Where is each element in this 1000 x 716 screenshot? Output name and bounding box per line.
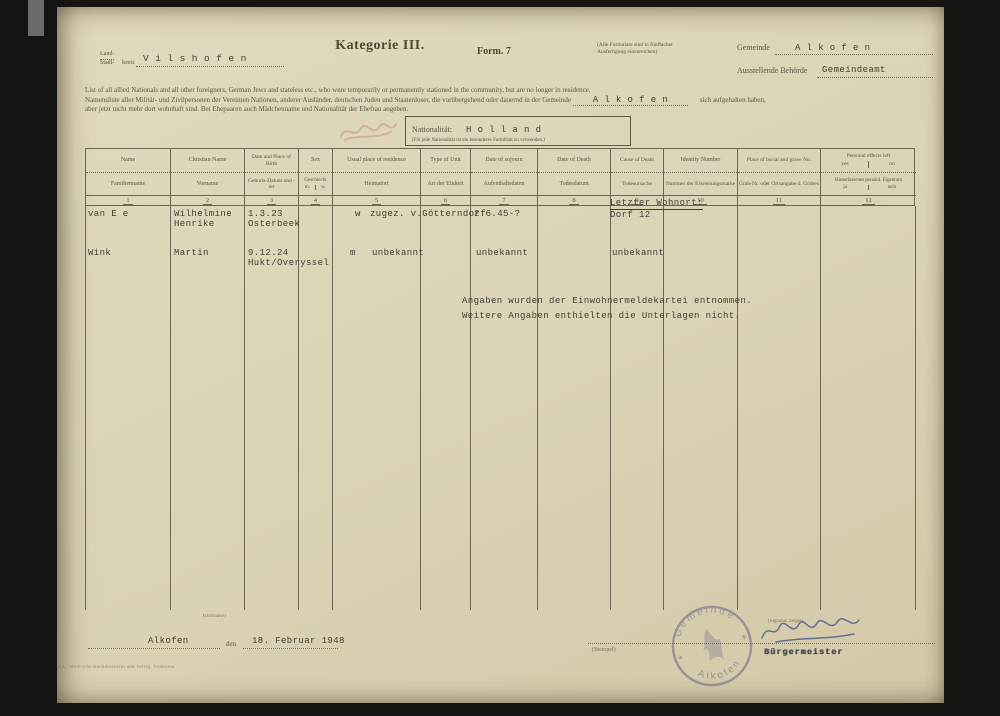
- col-birth-en: Date and Place of Birth: [245, 149, 298, 172]
- intro-paragraph: List of all allied Nationals and all oth…: [85, 86, 935, 115]
- entry1-given-name-1: Wilhelmine: [174, 209, 232, 219]
- table-body-cell: [171, 206, 245, 610]
- intro-line2: Namensliste aller Militär- und Zivilpers…: [85, 96, 935, 106]
- col-residence-de: Heimatort: [333, 172, 420, 195]
- remark-line2: Weitere Angaben enthielten die Unterlage…: [462, 311, 740, 321]
- col-burial: Place of burial and grave No. Grab-Nr. o…: [738, 149, 821, 205]
- signature-title: Bürgermeister: [764, 647, 843, 657]
- table-body-cell: [738, 206, 821, 610]
- col-identity-en: Identity Number: [664, 149, 737, 172]
- kreis-label-land: Land-: [100, 51, 114, 59]
- col-effects-num: 12: [821, 195, 916, 205]
- col-residence: Usual place of residence Heimatort 5: [333, 149, 421, 205]
- col-christian-name-num: 2: [171, 195, 244, 205]
- copies-note-line2: Ausfertigung einzureichen): [597, 49, 712, 56]
- stamp-star-right: ✶: [740, 632, 749, 643]
- intro-line3: aber jetzt nicht mehr dort wohnhaft sind…: [85, 105, 935, 115]
- nationality-note: (Für jede Nationalität ist ein besondere…: [412, 138, 624, 143]
- col-name-en: Name: [86, 149, 170, 172]
- entry2-cause-of-death: unbekannt: [612, 248, 664, 258]
- col-sex-en: Sex: [299, 149, 332, 172]
- col-sex-m: m.: [300, 185, 315, 191]
- nationality-value: H o l l a n d: [466, 125, 541, 135]
- table-body-cell: [86, 206, 171, 610]
- red-pencil-scribble: [333, 110, 403, 150]
- col-name-num: 1: [86, 195, 170, 205]
- col-sex-num: 4: [299, 195, 332, 205]
- place-value: Alkofen: [148, 636, 189, 646]
- entry1-given-name-2: Henrike: [174, 219, 215, 229]
- col-effects: Personal effects left yes no Hinterlasse…: [821, 149, 916, 205]
- col-sex: Sex Geschlecht m. w. 4: [299, 149, 333, 205]
- col-death-date-en: Date of Death: [538, 149, 610, 172]
- stamp-note: (Stempel): [592, 647, 616, 653]
- scanned-document: Land- Stadt- kreis V i l s h o f e n Kat…: [0, 0, 1000, 716]
- entry2-birth-date: 9.12.24: [248, 248, 289, 258]
- kreis-label-stadt: Stadt-: [100, 59, 114, 68]
- col-sojourn-en: Date of sojourn: [471, 149, 537, 172]
- stamp-star-left: ✶: [676, 653, 685, 664]
- kreis-word: kreis: [122, 59, 135, 66]
- place-line: [88, 648, 220, 649]
- table-header: Name Familienname 1 Christian Name Vorna…: [85, 148, 915, 206]
- table-body-cell: [664, 206, 738, 610]
- table-body-cell: [421, 206, 471, 610]
- col-unit-de: Art der Einheit: [421, 172, 470, 195]
- form-category-title: Kategorie III.: [300, 38, 460, 54]
- remark-line1: Angaben wurden der Einwohnermeldekartei …: [462, 296, 752, 306]
- col-death-date-num: 8: [538, 195, 610, 205]
- col-effects-no: no: [869, 161, 915, 168]
- stamp-crest-emblem: [697, 626, 727, 665]
- behoerde-line: [817, 77, 933, 78]
- col-effects-en-split: yes no: [822, 161, 915, 168]
- col-name-de: Familienname: [86, 172, 170, 195]
- col-residence-num: 5: [333, 195, 420, 205]
- col-burial-de: Grab-Nr. oder Ortsangabe d. Grabes: [738, 172, 820, 195]
- copies-note: (Alle Formulare sind in fünffacher Ausfe…: [597, 42, 712, 56]
- col-sex-de-label: Geschlecht: [304, 178, 326, 184]
- col-effects-yes: yes: [822, 161, 868, 168]
- col-effects-nein: nein: [869, 185, 915, 191]
- intro-gemeinde-value: A l k o f e n: [573, 95, 688, 106]
- col-effects-de: Hinterlassenes persönl. Eigentum ja nein: [821, 172, 916, 195]
- entry2-residence: unbekannt: [372, 248, 424, 258]
- intro-line2-after: sich aufgehalten haben,: [700, 96, 766, 104]
- col-name: Name Familienname 1: [86, 149, 171, 205]
- entry1-sex: w: [355, 209, 361, 219]
- col-identity-de: Nummer der Erkennungsmarke: [664, 172, 737, 195]
- table-body: [85, 206, 915, 610]
- table-body-cell: [821, 206, 916, 610]
- table-body-cell: [611, 206, 664, 610]
- entry2-given-name: Martin: [174, 248, 209, 258]
- col-birth: Date and Place of Birth Geburts-Datum un…: [245, 149, 299, 205]
- table-body-cell: [333, 206, 421, 610]
- gemeinde-label: Gemeinde: [737, 43, 770, 52]
- col-unit-en: Type of Unit: [421, 149, 470, 172]
- col-death-cause-de: Todesursache: [611, 172, 663, 195]
- kreis-underline: [136, 66, 284, 67]
- col-effects-en-label: Personal effects left: [847, 153, 891, 160]
- entry2-surname: Wink: [88, 248, 111, 258]
- scanner-edge-tab: [28, 0, 44, 36]
- col-unit: Type of Unit Art der Einheit 6: [421, 149, 471, 205]
- entry1-last-residence-label: Letzter Wohnort:: [610, 198, 703, 210]
- col-effects-de-split: ja nein: [822, 185, 915, 191]
- date-line: [243, 648, 338, 649]
- entry1-surname: van E e: [88, 209, 129, 219]
- date-value: 18. Februar 1948: [252, 636, 345, 646]
- col-birth-de: Geburts-Datum und -ort: [245, 172, 298, 195]
- col-death-cause-en: Cause of Death: [611, 149, 663, 172]
- col-effects-en: Personal effects left yes no: [821, 149, 916, 172]
- kreis-label: Land- Stadt-: [100, 51, 114, 67]
- nationality-label: Nationalität:: [412, 125, 452, 134]
- col-christian-name: Christian Name Vorname 2: [171, 149, 245, 205]
- col-sex-w: w.: [316, 185, 331, 191]
- entry1-birth-place: Osterbeek: [248, 219, 300, 229]
- col-residence-en: Usual place of residence: [333, 149, 420, 172]
- nationality-box: Nationalität: H o l l a n d (Für jede Na…: [405, 116, 631, 146]
- intro-line1: List of all allied Nationals and all oth…: [85, 86, 935, 96]
- date-word: den: [226, 640, 236, 648]
- col-effects-ja: ja: [822, 185, 868, 191]
- entry2-sex: m: [350, 248, 356, 258]
- col-sojourn-num: 7: [471, 195, 537, 205]
- copies-note-line1: (Alle Formulare sind in fünffacher: [597, 42, 712, 49]
- table-body-cell: [538, 206, 611, 610]
- col-sex-de: Geschlecht m. w.: [299, 172, 332, 195]
- col-death-cause: Cause of Death Todesursache 9: [611, 149, 664, 205]
- handwritten-signature: [756, 610, 866, 648]
- col-birth-num: 3: [245, 195, 298, 205]
- col-death-date: Date of Death Todesdatum 8: [538, 149, 611, 205]
- col-sex-split: m. w.: [300, 185, 331, 191]
- form-number: Form. 7: [477, 46, 511, 57]
- table-body-cell: [471, 206, 538, 610]
- entry2-sojourn: unbekannt: [476, 248, 528, 258]
- col-identity: Identity Number Nummer der Erkennungsmar…: [664, 149, 738, 205]
- col-burial-en: Place of burial and grave No.: [738, 149, 820, 172]
- col-unit-num: 6: [421, 195, 470, 205]
- col-death-date-de: Todesdatum: [538, 172, 610, 195]
- intro-line2-before: Namensliste aller Militär- und Zivilpers…: [85, 96, 571, 104]
- entry1-birth-date: 1.3.23: [248, 209, 283, 219]
- col-sojourn-de: Aufenthaltsdaten: [471, 172, 537, 195]
- kreis-value: V i l s h o f e n: [143, 53, 247, 64]
- gemeinde-value: A l k o f e n: [795, 43, 870, 53]
- behoerde-value: Gemeindeamt: [822, 65, 886, 75]
- entry1-residence: zugez. v.Götterndorf: [370, 209, 486, 219]
- behoerde-label: Ausstellende Behörde: [737, 66, 807, 75]
- place-note: (Ortsname): [203, 614, 226, 619]
- col-burial-num: 11: [738, 195, 820, 205]
- gemeinde-line: [775, 54, 933, 55]
- printer-imprint: J. G. Weiß'sche Buchdruckerei und Verlag…: [58, 665, 174, 670]
- col-christian-name-de: Vorname: [171, 172, 244, 195]
- col-effects-de-label: Hinterlassenes persönl. Eigentum: [835, 178, 902, 184]
- col-sojourn: Date of sojourn Aufenthaltsdaten 7: [471, 149, 538, 205]
- entry1-last-residence-value: Dorf 12: [610, 210, 651, 220]
- col-christian-name-en: Christian Name: [171, 149, 244, 172]
- entry2-birth-place: Hukt/Overyssel: [248, 258, 329, 268]
- entry1-sojourn: 2.6.45-?: [474, 209, 520, 219]
